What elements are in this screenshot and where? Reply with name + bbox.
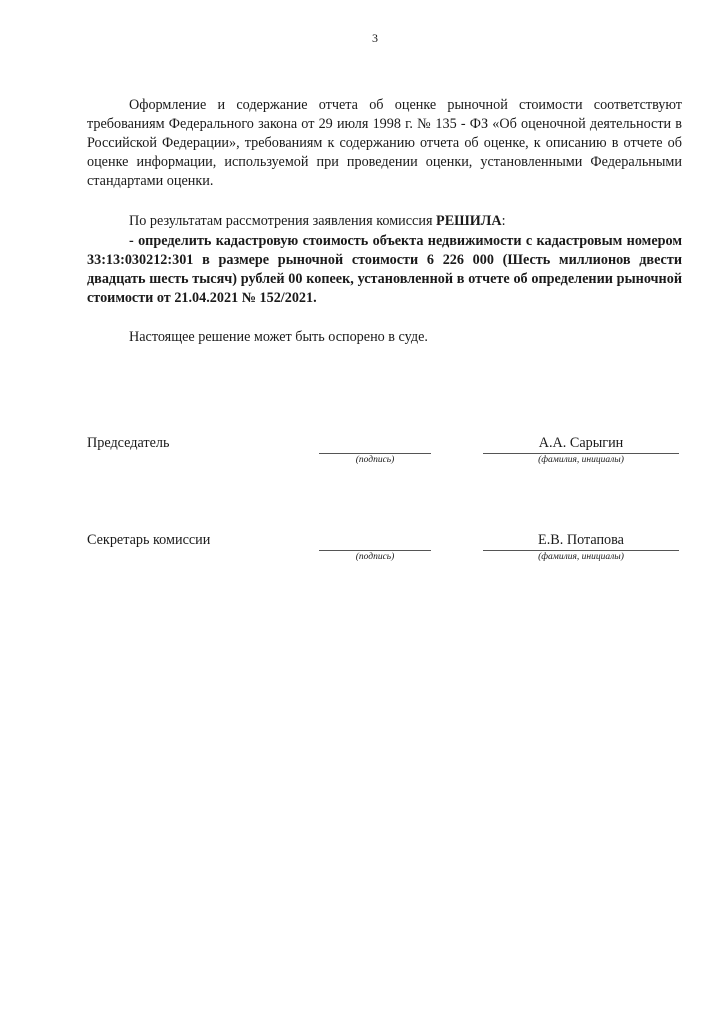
decision-word: РЕШИЛА <box>436 213 502 229</box>
page-number: 3 <box>0 31 724 46</box>
signature-caption: (подпись) <box>319 552 431 562</box>
name-line <box>483 453 679 454</box>
decision-intro-paragraph: По результатам рассмотрения заявления ко… <box>87 212 682 231</box>
name-caption: (фамилия, инициалы) <box>483 455 679 465</box>
signature-line <box>319 550 431 551</box>
signature-role: Председатель <box>87 435 169 452</box>
name-caption: (фамилия, инициалы) <box>483 552 679 562</box>
compliance-paragraph: Оформление и содержание отчета об оценке… <box>87 96 682 191</box>
signatory-name: Е.В. Потапова <box>483 532 679 549</box>
decision-intro-text: По результатам рассмотрения заявления ко… <box>129 213 436 229</box>
signature-block-chairman: Председатель (подпись) А.А. Сарыгин (фам… <box>0 435 724 475</box>
signature-role: Секретарь комиссии <box>87 532 210 549</box>
name-line <box>483 550 679 551</box>
appeal-paragraph: Настоящее решение может быть оспорено в … <box>87 328 682 347</box>
decision-body-paragraph: - определить кадастровую стоимость объек… <box>87 232 682 308</box>
signature-block-secretary: Секретарь комиссии (подпись) Е.В. Потапо… <box>0 532 724 572</box>
signature-line <box>319 453 431 454</box>
signature-caption: (подпись) <box>319 455 431 465</box>
decision-colon: : <box>502 213 506 229</box>
signatory-name: А.А. Сарыгин <box>483 435 679 452</box>
